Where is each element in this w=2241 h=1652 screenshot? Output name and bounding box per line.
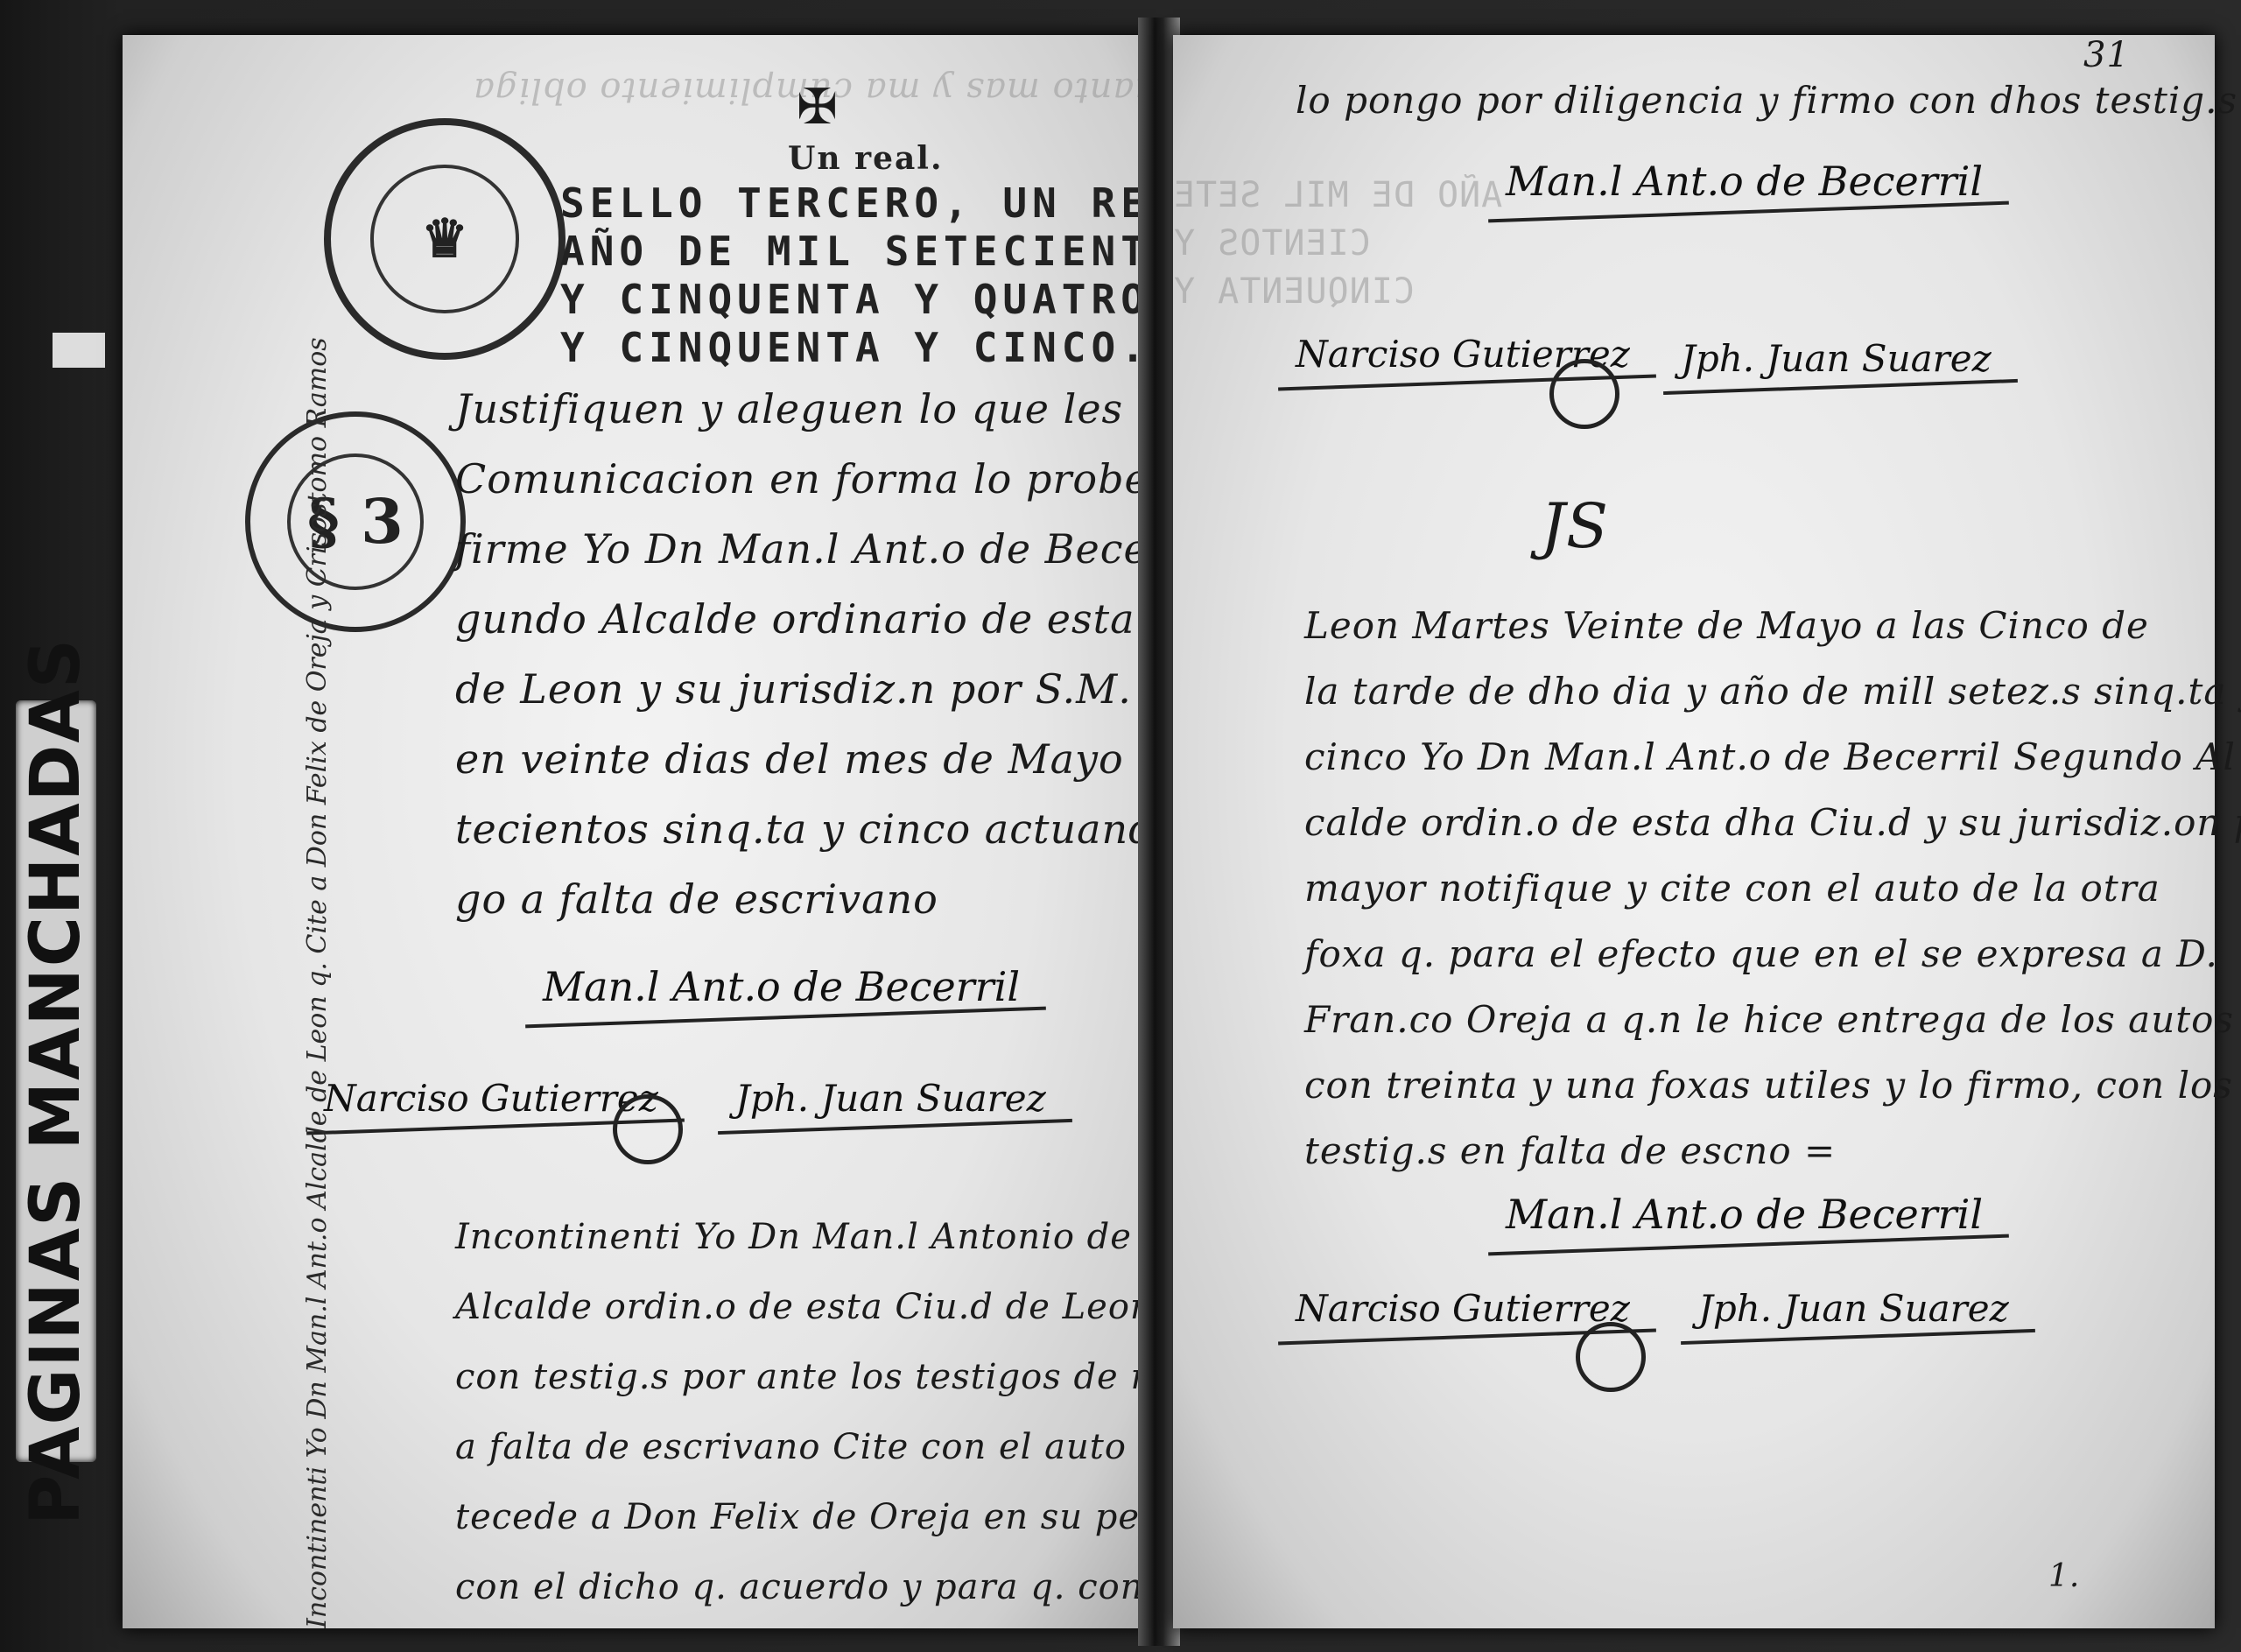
rubric-flourish-icon — [1549, 359, 1619, 429]
right-page: 31 lo pongo por diligencia y firmo con d… — [1173, 35, 2215, 1628]
body-line: con treinta y una foxas utiles y lo firm… — [1304, 1064, 2233, 1107]
signature-witness-1: Narciso Gutierrez — [1296, 1287, 1630, 1330]
rubric-flourish-icon — [1576, 1322, 1646, 1392]
body-line: a falta de escrivano Cite con el auto q.… — [455, 1427, 1231, 1467]
microfilm-frame: PAGINAS MANCHADAS quanto mas y ma cumpli… — [0, 0, 2241, 1652]
body-line: firme Yo Dn Man.l Ant.o de Becerril — [455, 525, 1216, 573]
side-label-text: PAGINAS MANCHADAS — [17, 637, 95, 1525]
cross-mark-icon: ✠ — [797, 79, 839, 136]
body-line: con el dicho q. acuerdo y para q. conste — [455, 1567, 1199, 1607]
body-line: tecede a Don Felix de Oreja en su person… — [455, 1497, 1243, 1537]
seal-line-1: SELLO TERCERO, UN REAL — [560, 179, 1209, 227]
bottom-mark: 1. — [2048, 1558, 2080, 1594]
bleed-through-text: CIENTOS Y — [1173, 223, 1371, 264]
seal-line-2: AÑO DE MIL SETECIENTOS — [560, 228, 1209, 275]
tax-header: Un real. — [788, 140, 944, 177]
left-page: quanto mas y ma cumplimiento obliga ✠ Un… — [123, 35, 1156, 1628]
tax-stamp-icon: § 3 — [245, 411, 466, 632]
body-line: go a falta de escrivano — [455, 875, 938, 923]
seal-line-4: Y CINQUENTA Y CINCO. — [560, 324, 1150, 371]
body-line: Leon Martes Veinte de Mayo a las Cinco d… — [1304, 604, 2149, 647]
signature-becerril-top: Man.l Ant.o de Becerril — [1506, 158, 1983, 205]
rubric-flourish-icon — [613, 1094, 683, 1164]
film-side-label: PAGINAS MANCHADAS — [16, 700, 96, 1462]
signature-becerril-bottom: Man.l Ant.o de Becerril — [1506, 1191, 1983, 1238]
signature-witness-1: Narciso Gutierrez — [324, 1077, 658, 1120]
signature-witness-2: Jph. Juan Suarez — [1698, 1287, 2009, 1330]
body-line: mayor notifique y cite con el auto de la… — [1304, 867, 2160, 910]
bleed-through-text: AÑO DE MIL SETE — [1173, 175, 1502, 215]
film-edge-tab — [53, 333, 105, 368]
body-line: lo pongo por diligencia y firmo con dhos… — [1296, 79, 2241, 122]
body-line: la tarde de dho dia y año de mill setez.… — [1304, 670, 2241, 713]
folio-number: 31 — [2083, 35, 2130, 75]
body-line: testig.s en falta de escno = — [1304, 1129, 1836, 1172]
body-line: Fran.co Oreja a q.n le hice entrega de l… — [1304, 998, 2234, 1041]
body-line: cinco Yo Dn Man.l Ant.o de Becerril Segu… — [1304, 735, 2236, 778]
body-line: foxa q. para el efecto que en el se expr… — [1304, 932, 2218, 975]
seal-line-3: Y CINQUENTA Y QUATRO — [560, 276, 1150, 323]
signature-becerril: Man.l Ant.o de Becerril — [543, 963, 1020, 1010]
body-line: calde ordin.o de esta dha Ciu.d y su jur… — [1304, 801, 2241, 844]
signature-witness-2: Jph. Juan Suarez — [1681, 337, 1992, 380]
bleed-through-text: CINQUENTA Y — [1173, 271, 1415, 312]
margin-note: Incontinenti Yo Dn Man.l Ant.o Alcalde d… — [302, 337, 333, 1628]
royal-seal-stamp-icon: ♛ — [324, 118, 566, 360]
signature-witness-2: Jph. Juan Suarez — [735, 1077, 1046, 1120]
rubric-mark: JS — [1541, 490, 1609, 562]
